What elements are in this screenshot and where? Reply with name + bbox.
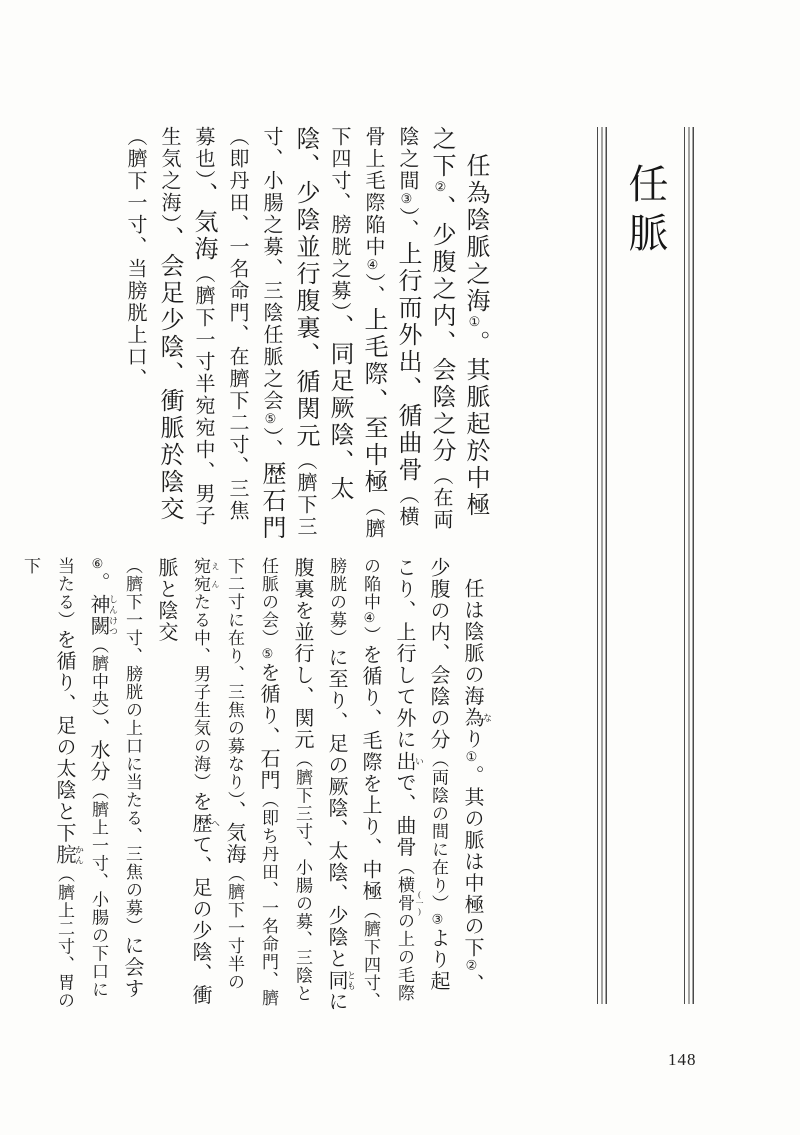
reference-mark: ② xyxy=(465,959,480,974)
text-run-ruby: 宛宛えん xyxy=(191,557,210,593)
text-run: 任は陰脈の海 xyxy=(461,578,483,707)
reference-mark: ③ xyxy=(431,913,446,928)
text-run: たる中、男子生気の海） xyxy=(191,593,210,791)
japanese-reading-text: 任は陰脈の海為なり①。其の脈は中極の下②、少腹の内、会陰の分（両陰の間に在り）③… xyxy=(108,557,492,1013)
title-rule-right-decoration xyxy=(684,127,697,1004)
text-run: 上毛際、至中極 xyxy=(360,307,386,496)
text-run: ）、 xyxy=(260,427,282,461)
reference-mark: ⑥ xyxy=(91,557,106,572)
text-run: を循り、足の太陰と下 xyxy=(53,629,75,844)
text-run: 、気海 xyxy=(223,801,245,866)
text-run-ruby: 骨(一) xyxy=(395,894,414,912)
reference-mark: ④ xyxy=(363,611,378,626)
text-run: ）、 xyxy=(362,273,384,307)
text-run: 歴石門 xyxy=(258,461,284,542)
reference-mark: ① xyxy=(468,315,483,330)
text-run: に至り、足の厥陰、太陰、少陰と xyxy=(325,647,347,970)
text-run: （臍下一寸、膀胱の上口に当たる、三焦の募） xyxy=(123,557,142,935)
text-run: 、会足少陰、衝脈於陰交 xyxy=(156,226,182,523)
page-number: 148 xyxy=(668,1050,697,1070)
text-run-ruby: 出い xyxy=(393,751,415,773)
text-run: ）、 xyxy=(396,207,418,241)
text-run: を xyxy=(189,791,211,813)
text-run-ruby: 神闕しんけつ xyxy=(87,594,109,637)
text-run: を循り、石門 xyxy=(257,662,279,791)
reference-mark: ③ xyxy=(400,192,415,207)
text-run-ruby: 同とも xyxy=(325,970,347,992)
text-run: に会す xyxy=(121,935,143,1000)
text-run: を循り、毛際を上り、中極 xyxy=(359,644,381,902)
text-run: （両陰の間に在り） xyxy=(429,751,448,913)
text-run: 。 xyxy=(87,572,109,594)
text-run: 、少腹之内、会陰之分 xyxy=(428,195,454,465)
text-run-ruby: 脘かん xyxy=(53,844,75,866)
reference-mark: ⑤ xyxy=(261,647,276,662)
reference-mark: ⑤ xyxy=(264,412,279,427)
text-run: （臍中央） xyxy=(89,637,108,719)
text-run: （臍下一寸半の xyxy=(225,865,244,991)
chapter-title: 任脈 xyxy=(621,163,669,261)
text-run-ruby: 為な xyxy=(461,707,483,729)
text-run: 任為陰脈之海 xyxy=(462,153,488,315)
reference-mark: ② xyxy=(434,180,449,195)
text-run: （横 xyxy=(395,858,414,894)
text-run: 上行而外出、循曲骨 xyxy=(394,241,420,484)
text-run: （臍下一寸、当膀胱上口、 xyxy=(124,126,146,390)
text-run-ruby: 歴へ xyxy=(189,813,211,835)
text-run: 、気海 xyxy=(190,182,216,263)
text-run: 、水分 xyxy=(87,718,109,783)
text-run: で、曲骨 xyxy=(393,772,415,858)
classical-chinese-text: 任為陰脈之海①。其脈起於中極之下②、少腹之内、会陰之分（在両陰之間③）、上行而外… xyxy=(108,126,492,542)
text-run: ） xyxy=(361,626,380,644)
reference-mark: ④ xyxy=(366,258,381,273)
reference-mark: ① xyxy=(465,750,480,765)
title-rule-left-decoration xyxy=(597,127,610,1004)
text-run: り xyxy=(461,729,483,751)
text-run: 。其の脈は中極の下 xyxy=(461,765,483,959)
book-page: 任脈 任為陰脈之海①。其脈起於中極之下②、少腹之内、会陰之分（在両陰之間③）、上… xyxy=(0,0,800,1135)
